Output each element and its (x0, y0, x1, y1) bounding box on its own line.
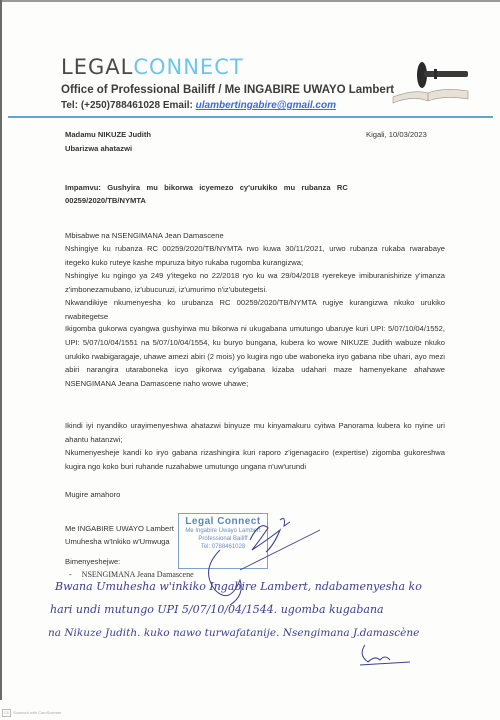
handwritten-line-2: hari undi mutungo UPI 5/07/10/04/1544. u… (50, 600, 384, 620)
signatory-name: Me INGABIRE UWAYO Lambert (65, 522, 174, 535)
logo-text-dark: LEGAL (61, 55, 133, 79)
closing-greeting: Mugire amahoro (65, 488, 120, 501)
signatory-title: Umuhesha w'Inkiko w'Umwuga (65, 535, 170, 548)
subject-line-1: Impamvu: Gushyira mu bikorwa icyemezo cy… (65, 181, 348, 194)
paragraph-6: Nkumenyesheje kandi ko iryo gabana rizas… (65, 446, 445, 473)
cc-label: Bimenyeshejwe: (65, 555, 120, 568)
paragraph-3: Nkwandikiye nkumenyesha ko urubanza RC 0… (65, 296, 445, 323)
nsengimana-signature (350, 640, 430, 670)
logo-text-light: CONNECT (133, 55, 243, 79)
subject-line-2: 00259/2020/TB/NYMTA (65, 194, 146, 207)
header-divider (8, 116, 493, 118)
email-link[interactable]: ulambertingabire@gmail.com (196, 100, 336, 111)
recipient-address: Ubarizwa ahatazwi (65, 142, 132, 155)
tel-label: Tel: (+250)788461028 Email: (61, 100, 196, 111)
legal-connect-logo: LEGALCONNECT (61, 55, 244, 79)
paragraph-5: Ikindi iyi nyandiko urayimenyeshwa ahata… (65, 419, 445, 446)
recipient-name: Madamu NIKUZE Judith (65, 128, 151, 141)
camscanner-text: Scanned with CamScanner (13, 710, 61, 715)
camscanner-icon: CS (2, 709, 11, 717)
handwritten-line-1: Bwana Umuhesha w'inkiko Ingabire Lambert… (55, 577, 422, 597)
place-date: Kigali, 10/03/2023 (366, 128, 427, 141)
scan-edge-top (0, 0, 500, 2)
paragraph-2: Nshingiye ku ngingo ya 249 y'itegeko no … (65, 269, 445, 296)
paragraph-1: Nshingiye ku rubanza RC 00259/2020/TB/NY… (65, 242, 445, 269)
paragraph-4: Ikigomba gukorwa cyangwa gushyirwa mu bi… (65, 322, 445, 391)
gavel-and-book-icon (388, 45, 473, 105)
scan-edge-left (0, 0, 2, 700)
office-title: Office of Professional Bailiff / Me INGA… (61, 84, 394, 96)
intro-line: Mbisabwe na NSENGIMANA Jean Damascene (65, 229, 224, 242)
document-page: LEGALCONNECT Office of Professional Bail… (0, 0, 500, 720)
camscanner-watermark: CSScanned with CamScanner (2, 709, 61, 717)
contact-line: Tel: (+250)788461028 Email: ulambertinga… (61, 100, 336, 111)
